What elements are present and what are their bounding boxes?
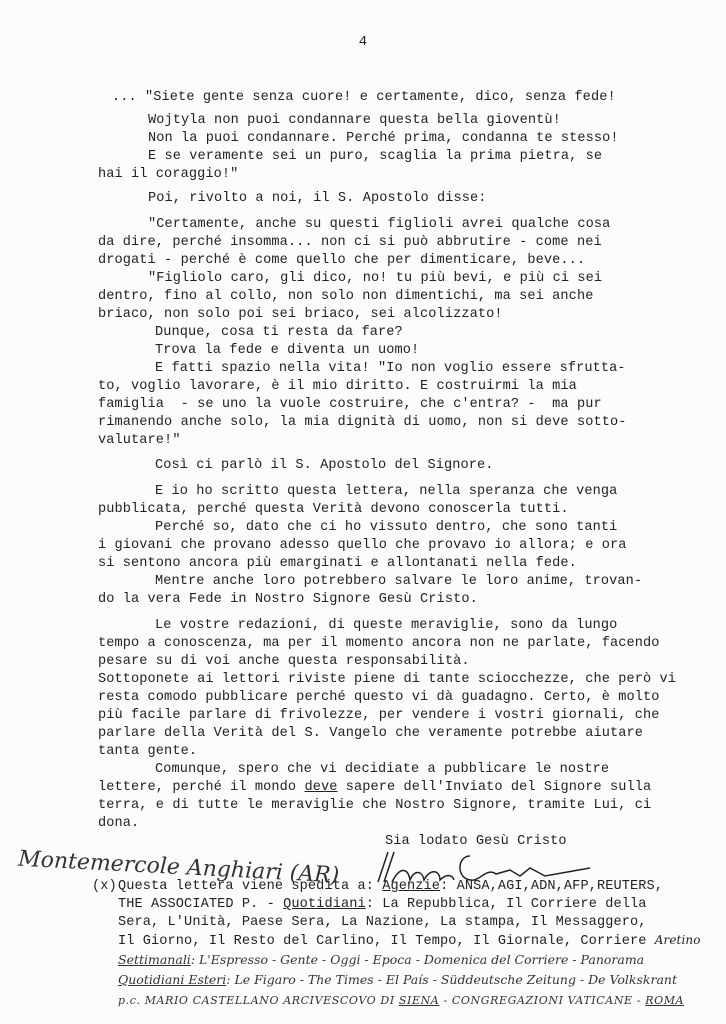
text-line: pubblicata, perché questa Verità devono … xyxy=(98,501,569,518)
text-line: Così ci parlò il S. Apostolo del Signore… xyxy=(155,457,494,474)
handwritten-line: Settimanali: L'Espresso - Gente - Oggi -… xyxy=(118,952,644,967)
text-line: Poi, rivolto a noi, il S. Apostolo disse… xyxy=(148,190,487,207)
footnote-line: Questa lettera viene spedita a: Agenzie:… xyxy=(118,878,663,895)
text-line: hai il coraggio!" xyxy=(98,166,238,183)
page-number: 4 xyxy=(0,34,726,50)
text-line: si sentono ancora più emarginati e allon… xyxy=(98,555,577,572)
text-line: briaco, non solo poi sei briaco, sei alc… xyxy=(98,306,503,323)
footnote-line: Il Giorno, Il Resto del Carlino, Il Temp… xyxy=(118,932,701,950)
text-line: to, voglio lavorare, è il mio diritto. E… xyxy=(98,378,577,395)
text-line: E fatti spazio nella vita! "Io non vogli… xyxy=(155,360,626,377)
text-line: famiglia - se uno la vuole costruire, ch… xyxy=(98,396,602,413)
text-line: Perché so, dato che ci ho vissuto dentro… xyxy=(155,519,617,536)
handwritten-line: Quotidiani Esteri: Le Figaro - The Times… xyxy=(118,972,677,987)
text-line: rimanendo anche solo, la mia dignità di … xyxy=(98,414,626,431)
text-line: Mentre anche loro potrebbero salvare le … xyxy=(155,573,642,590)
text-line: lettere, perché il mondo deve sapere del… xyxy=(98,779,651,796)
text-line: dona. xyxy=(98,815,139,832)
text-line: tanta gente. xyxy=(98,743,197,760)
text-line: do la vera Fede in Nostro Signore Gesù C… xyxy=(98,591,478,608)
text-line: drogati - perché è come quello che per d… xyxy=(98,252,585,269)
text-line: dentro, fino al collo, non solo non dime… xyxy=(98,288,593,305)
text-line: i giovani che provano adesso quello che … xyxy=(98,537,626,554)
text-line: Sottoponete ai lettori riviste piene di … xyxy=(98,671,676,688)
text-line: Non la puoi condannare. Perché prima, co… xyxy=(148,130,619,147)
text-line: terra, e di tutte le meraviglie che Nost… xyxy=(98,797,651,814)
text-line: Wojtyla non puoi condannare questa bella… xyxy=(148,112,561,129)
footnote-line: THE ASSOCIATED P. - Quotidiani: La Repub… xyxy=(118,896,647,913)
text-line: "Certamente, anche su questi figlioli av… xyxy=(148,216,610,233)
text-line: tempo a conoscenza, ma per il momento an… xyxy=(98,635,660,652)
text-line: "Figliolo caro, gli dico, no! tu più bev… xyxy=(148,270,602,287)
text-line: E io ho scritto questa lettera, nella sp… xyxy=(155,483,617,500)
text-line: Le vostre redazioni, di queste meravigli… xyxy=(155,617,617,634)
text-line: Trova la fede e diventa un uomo! xyxy=(155,342,419,359)
footnote-marker: (x) xyxy=(92,878,117,895)
text-line: pesare su di voi anche questa responsabi… xyxy=(98,653,470,670)
text-line: da dire, perché insomma... non ci si può… xyxy=(98,234,602,251)
text-line: E se veramente sei un puro, scaglia la p… xyxy=(148,148,602,165)
text-line: Comunque, spero che vi decidiate a pubbl… xyxy=(155,761,609,778)
text-line: resta comodo pubblicare perché questo vi… xyxy=(98,689,660,706)
text-line: parlare della Verità del S. Vangelo che … xyxy=(98,725,643,742)
text-line: valutare!" xyxy=(98,432,181,449)
text-line: più facile parlare di frivolezze, per ve… xyxy=(98,707,660,724)
handwritten-line: p.c. MARIO CASTELLANO ARCIVESCOVO DI SIE… xyxy=(118,994,684,1007)
underlined-word: deve xyxy=(304,780,337,795)
text-line: ... "Siete gente senza cuore! e certamen… xyxy=(112,89,616,106)
footnote-line: Sera, L'Unità, Paese Sera, La Nazione, L… xyxy=(118,914,646,931)
text-line: Dunque, cosa ti resta da fare? xyxy=(155,324,403,341)
